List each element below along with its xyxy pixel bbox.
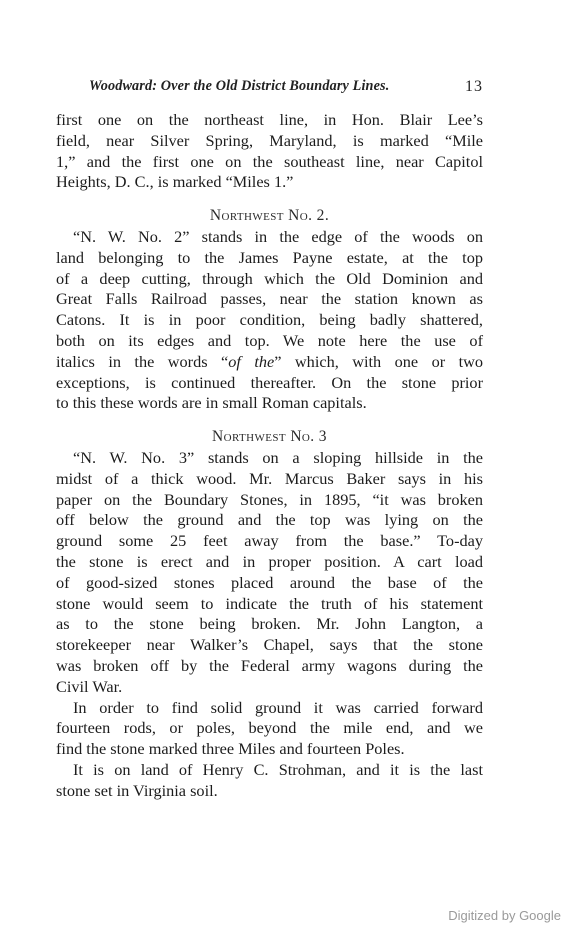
paragraph-northwest-2: “N. W. No. 2” stands in the edge of the … — [56, 227, 483, 414]
text-line: of a deep cutting, through which the Old… — [56, 269, 483, 290]
text-line: first one on the northeast line, in Hon.… — [56, 110, 483, 131]
text-line: exceptions, is continued thereafter. On … — [56, 373, 483, 394]
text-line: Civil War. — [56, 677, 483, 698]
running-head: Woodward: Over the Old District Boundary… — [56, 78, 483, 98]
text-line: Heights, D. C., is marked “Miles 1.” — [56, 172, 483, 193]
paragraph-northwest-3: “N. W. No. 3” stands on a sloping hillsi… — [56, 448, 483, 698]
page-number: 13 — [465, 78, 483, 96]
text-line: of good-sized stones placed around the b… — [56, 573, 483, 594]
text-line: paper on the Boundary Stones, in 1895, “… — [56, 490, 483, 511]
text-line: storekeeper near Walker’s Chapel, says t… — [56, 635, 483, 656]
text-line: field, near Silver Spring, Maryland, is … — [56, 131, 483, 152]
text-line: both on its edges and top. We note here … — [56, 331, 483, 352]
text-line: Great Falls Railroad passes, near the st… — [56, 289, 483, 310]
section-heading-northwest-3: Northwest No. 3 — [56, 427, 483, 448]
text-line: “N. W. No. 3” stands on a sloping hillsi… — [56, 448, 483, 469]
text-line: It is on land of Henry C. Strohman, and … — [56, 760, 483, 781]
text-line: midst of a thick wood. Mr. Marcus Baker … — [56, 469, 483, 490]
text-line: the stone is erect and in proper positio… — [56, 552, 483, 573]
text-line: italics in the words “of the” which, wit… — [56, 352, 483, 373]
running-head-title: Woodward: Over the Old District Boundary… — [89, 78, 389, 95]
text-line: 1,” and the first one on the southeast l… — [56, 152, 483, 173]
text-line: as to the stone being broken. Mr. John L… — [56, 614, 483, 635]
section-gap — [56, 193, 483, 206]
text-line: land belonging to the James Payne estate… — [56, 248, 483, 269]
text-line: fourteen rods, or poles, beyond the mile… — [56, 718, 483, 739]
text-line: stone set in Virginia soil. — [56, 781, 483, 802]
section-heading-northwest-2: Northwest No. 2. — [56, 206, 483, 227]
italic-phrase: of the — [228, 352, 274, 371]
text-line: off below the ground and the top was lyi… — [56, 510, 483, 531]
text-line: to this these words are in small Roman c… — [56, 393, 483, 414]
body-text: first one on the northeast line, in Hon.… — [56, 110, 483, 802]
text-line: find the stone marked three Miles and fo… — [56, 739, 483, 760]
text-line: Catons. It is in poor condition, being b… — [56, 310, 483, 331]
section-gap — [56, 414, 483, 427]
text-line: stone would seem to indicate the truth o… — [56, 594, 483, 615]
text-line: In order to find solid ground it was car… — [56, 698, 483, 719]
text-line: was broken off by the Federal army wagon… — [56, 656, 483, 677]
paragraph-strohman: It is on land of Henry C. Strohman, and … — [56, 760, 483, 802]
text-line: ground some 25 feet away from the base.”… — [56, 531, 483, 552]
paragraph-fourteen-poles: In order to find solid ground it was car… — [56, 698, 483, 760]
intro-paragraph: first one on the northeast line, in Hon.… — [56, 110, 483, 193]
text-line: “N. W. No. 2” stands in the edge of the … — [56, 227, 483, 248]
digitized-watermark: Digitized by Google — [448, 908, 561, 923]
